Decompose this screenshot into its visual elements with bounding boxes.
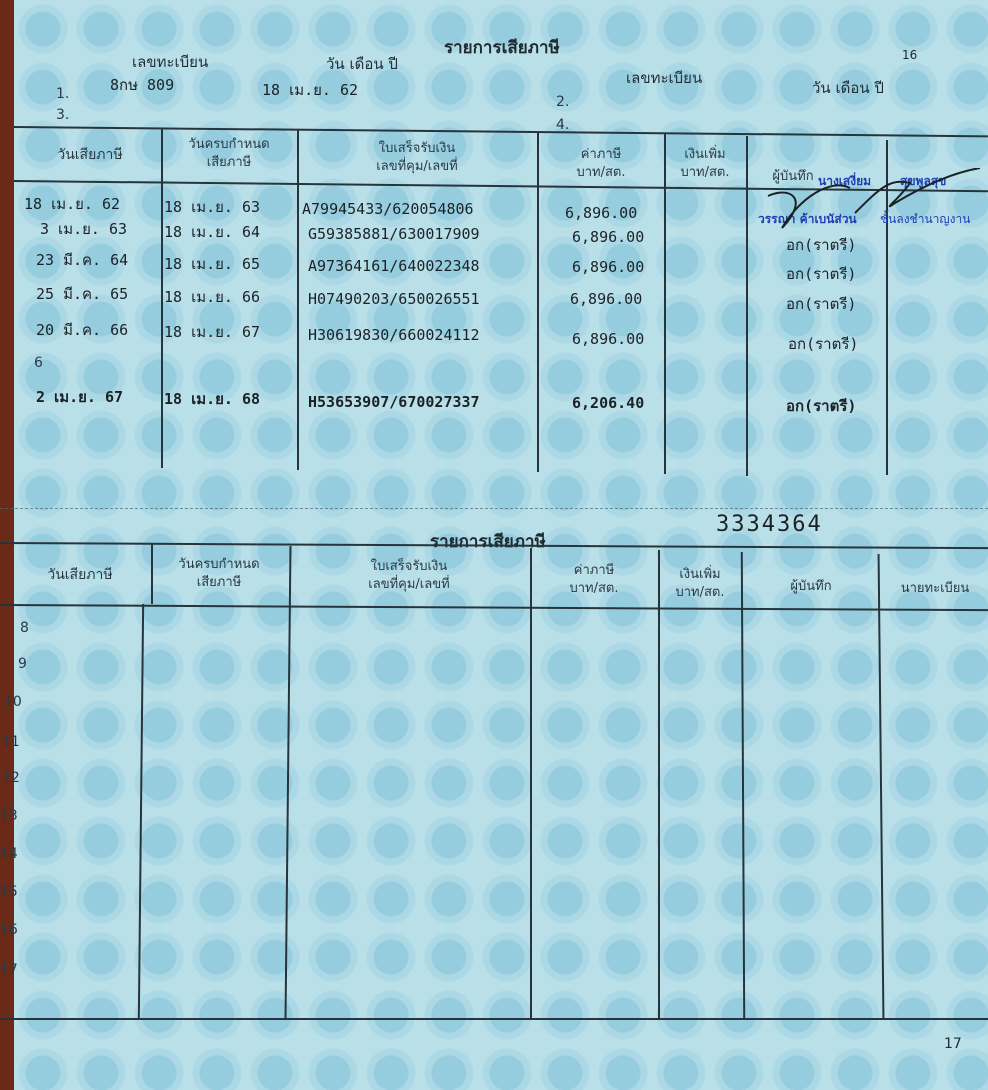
lower-col-header-tax-line2: บาท/สต. — [532, 580, 656, 598]
lower-col-header-tax: ค่าภาษี บาท/สต. — [532, 562, 656, 598]
lower-col-header-recorder: ผู้บันทึก — [744, 578, 878, 596]
tax-amount: 6,896.00 — [572, 330, 644, 348]
receipt-number: G59385881/630017909 — [308, 225, 480, 243]
registration-plate-1: 8กษ 809 — [110, 73, 174, 97]
col-divider-2 — [297, 130, 299, 470]
receipt-number: H07490203/650026551 — [308, 290, 480, 308]
row-number: 11 — [2, 734, 20, 750]
row-number: 14 — [0, 846, 18, 862]
registration-date-1: 18 เม.ย. 62 — [262, 78, 358, 102]
row-number: 8 — [20, 620, 29, 636]
receipt-number: H30619830/660024112 — [308, 326, 480, 344]
col-header-surcharge-line2: บาท/สต. — [666, 164, 744, 182]
row-number: 13 — [0, 808, 18, 824]
recorder: อก(ราตรี) — [786, 394, 856, 418]
lower-col-divider-4 — [658, 550, 660, 1018]
lower-col-header-receipt-line2: เลขที่คุม/เลขที่ — [290, 576, 528, 594]
due-date: 18 เม.ย. 66 — [164, 285, 260, 309]
lower-col-header-due-date-line1: วันครบกำหนด — [154, 556, 284, 574]
due-date: 18 เม.ย. 67 — [164, 320, 260, 344]
lower-col-header-tax-line1: ค่าภาษี — [532, 562, 656, 580]
upper-page-number: 16 — [902, 48, 917, 62]
paid-date: 18 เม.ย. 62 — [24, 192, 120, 216]
tax-amount: 6,896.00 — [565, 204, 637, 222]
page-fold-perforation — [0, 508, 988, 512]
tax-amount: 6,206.40 — [572, 394, 644, 412]
receipt-number: A97364161/640022348 — [308, 257, 480, 275]
lower-col-divider-1-head — [151, 544, 153, 604]
col-header-due-date: วันครบกำหนด เสียภาษี — [164, 136, 294, 172]
col-header-receipt-line1: ใบเสร็จรับเงิน — [300, 140, 534, 158]
upper-page-title: รายการเสียภาษี — [444, 34, 560, 61]
lower-col-header-surcharge: เงินเพิ่ม บาท/สต. — [660, 566, 740, 602]
lower-col-header-surcharge-line2: บาท/สต. — [660, 584, 740, 602]
receipt-number: A79945433/620054806 — [302, 200, 474, 218]
recorder: อก(ราตรี) — [786, 292, 856, 316]
paid-date: 23 มี.ค. 64 — [36, 248, 128, 272]
due-date: 18 เม.ย. 65 — [164, 252, 260, 276]
row-number: 9 — [18, 656, 27, 672]
recorder: อก(ราตรี) — [786, 262, 856, 286]
col-header-paid-date: วันเสียภาษี — [30, 146, 150, 164]
col-header-receipt-line2: เลขที่คุม/เลขที่ — [300, 158, 534, 176]
due-date: 18 เม.ย. 64 — [164, 220, 260, 244]
col-divider-3 — [537, 132, 539, 472]
serial-number: 3334364 — [716, 512, 823, 537]
col-header-tax: ค่าภาษี บาท/สต. — [540, 146, 662, 182]
lower-col-header-paid-date: วันเสียภาษี — [10, 566, 150, 584]
lower-col-header-receipt: ใบเสร็จรับเงิน เลขที่คุม/เลขที่ — [290, 558, 528, 594]
paid-date: 3 เม.ย. 63 — [40, 217, 127, 241]
col-header-due-date-line1: วันครบกำหนด — [164, 136, 294, 154]
recorder: อก(ราตรี) — [788, 332, 858, 356]
due-date: 18 เม.ย. 63 — [164, 195, 260, 219]
col-header-tax-line1: ค่าภาษี — [540, 146, 662, 164]
lower-col-header-due-date: วันครบกำหนด เสียภาษี — [154, 556, 284, 592]
row-number: 15 — [0, 884, 18, 900]
paid-date: 20 มี.ค. 66 — [36, 318, 128, 342]
tax-amount: 6,896.00 — [572, 258, 644, 276]
plate-label-left: เลขทะเบียน — [132, 50, 208, 74]
tax-amount: 6,896.00 — [572, 228, 644, 246]
row-number: 16 — [0, 922, 18, 938]
col-header-tax-line2: บาท/สต. — [540, 164, 662, 182]
due-date: 18 เม.ย. 68 — [164, 387, 260, 411]
row-number: 6 — [34, 355, 43, 371]
lower-col-divider-3 — [530, 548, 532, 1018]
tax-amount: 6,896.00 — [570, 290, 642, 308]
paid-date: 25 มี.ค. 65 — [36, 282, 128, 306]
col-header-due-date-line2: เสียภาษี — [164, 154, 294, 172]
col-divider-5 — [746, 136, 748, 476]
row-number: 17 — [0, 962, 18, 978]
receipt-number: H53653907/670027337 — [308, 393, 480, 411]
registration-index-1: 1. — [56, 86, 69, 102]
lower-table-bottom-border — [0, 1018, 988, 1020]
col-header-receipt: ใบเสร็จรับเงิน เลขที่คุม/เลขที่ — [300, 140, 534, 176]
registration-index-3: 3. — [56, 107, 69, 123]
registration-index-2: 2. — [556, 94, 569, 110]
paid-date: 2 เม.ย. 67 — [36, 385, 123, 409]
lower-col-header-due-date-line2: เสียภาษี — [154, 574, 284, 592]
col-header-surcharge-line1: เงินเพิ่ม — [666, 146, 744, 164]
lower-col-header-surcharge-line1: เงินเพิ่ม — [660, 566, 740, 584]
lower-page-title: รายการเสียภาษี — [430, 528, 546, 555]
date-label-right: วัน เดือน ปี — [812, 76, 884, 100]
row-number: 12 — [2, 770, 20, 786]
col-divider-1 — [161, 128, 163, 468]
plate-label-right: เลขทะเบียน — [626, 66, 702, 90]
date-label-left: วัน เดือน ปี — [326, 52, 398, 76]
row-number: 10 — [4, 694, 22, 710]
signature-icon — [760, 168, 988, 238]
col-divider-4 — [664, 134, 666, 474]
lower-col-header-registrar: นายทะเบียน — [882, 580, 988, 598]
lower-col-header-receipt-line1: ใบเสร็จรับเงิน — [290, 558, 528, 576]
col-header-surcharge: เงินเพิ่ม บาท/สต. — [666, 146, 744, 182]
lower-page-number: 17 — [944, 1036, 962, 1052]
